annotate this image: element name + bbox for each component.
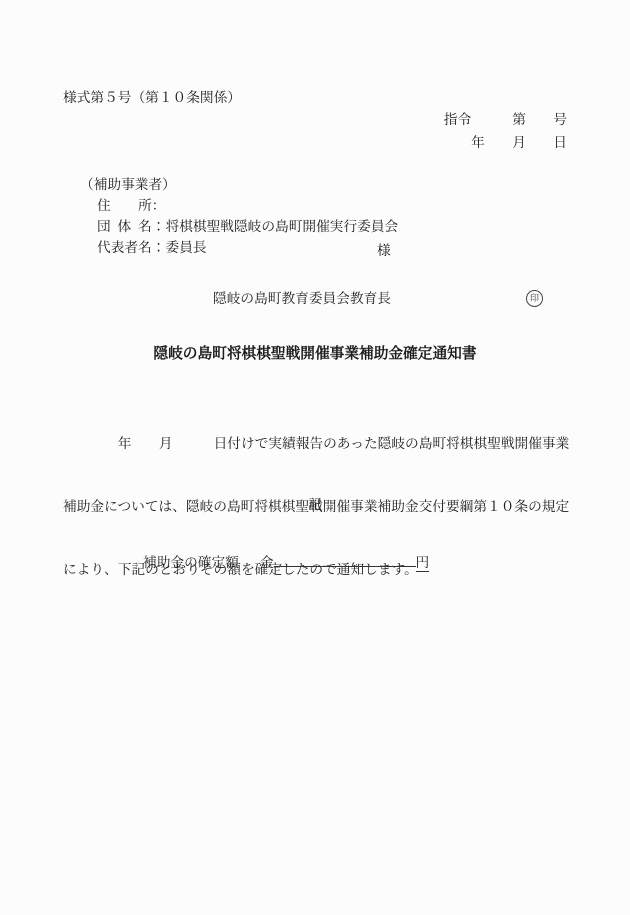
- form-number: 様式第５号（第１０条関係）: [63, 90, 241, 106]
- seal-icon: 印: [526, 290, 543, 307]
- issuer-name: 隠岐の島町教育委員会教育長: [213, 291, 391, 307]
- organization-row: 団体名：将棋棋聖戦隠岐の島町開催実行委員会: [97, 219, 398, 235]
- organization-value: 将棋棋聖戦隠岐の島町開催実行委員会: [166, 219, 399, 234]
- record-marker: 記: [0, 497, 630, 513]
- date-line: 年 月 日: [471, 135, 567, 151]
- amount-prefix-kin: 金: [260, 555, 274, 570]
- amount-blank-field: [274, 551, 416, 567]
- seal-character: 印: [530, 294, 539, 303]
- honorific-sama: 様: [377, 239, 391, 259]
- document-page: 様式第５号（第１０条関係） 指令 第 号 年 月 日 （補助事業者） 住所： 団…: [0, 0, 630, 915]
- amount-unit-yen: 円: [416, 555, 430, 572]
- organization-label: 団体名: [97, 219, 152, 235]
- directive-number-line: 指令 第 号: [444, 112, 567, 128]
- representative-colon: ：: [152, 240, 166, 255]
- representative-row: 代表者名：委員長: [97, 240, 207, 256]
- amount-label: 補助金の確定額: [143, 555, 239, 570]
- address-colon: ：: [152, 198, 166, 213]
- representative-label: 代表者名: [97, 240, 152, 256]
- address-label: 住所: [97, 198, 152, 214]
- addressee-heading: （補助事業者）: [80, 177, 176, 193]
- organization-colon: ：: [152, 219, 166, 234]
- representative-value: 委員長: [166, 240, 207, 255]
- address-row: 住所：: [97, 198, 166, 214]
- amount-row: 補助金の確定額金円: [143, 551, 429, 572]
- body-line: 年 月 日付けで実績報告のあった隠岐の島町将棋棋聖戦開催事業: [63, 433, 569, 454]
- document-title: 隠岐の島町将棋棋聖戦開催事業補助金確定通知書: [0, 346, 630, 362]
